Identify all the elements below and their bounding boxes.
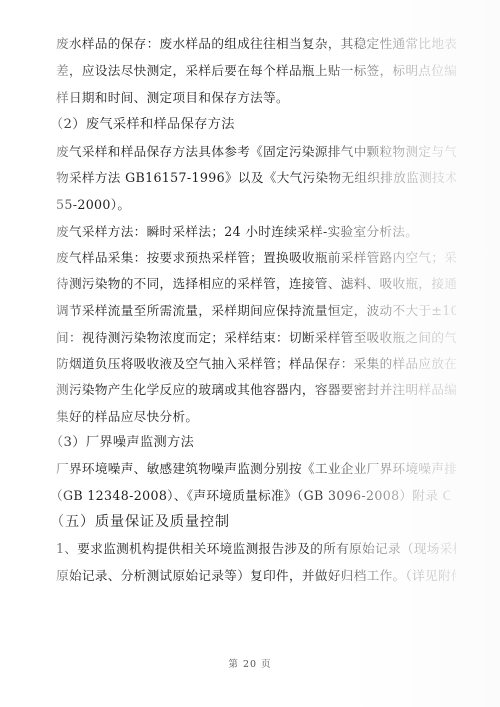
paragraph-line: 防烟道负压将吸收液及空气抽入采样管；样品保存：采集的样品应放在不与被 — [56, 354, 456, 374]
paragraph-line: 集好的样品应尽快分析。 — [56, 407, 456, 427]
paragraph-line: 废气采样和样品保存方法具体参考《固定污染源排气中颗粒物测定与气态污染 — [56, 142, 456, 162]
paragraph-line: 间：视待测污染物浓度而定；采样结束：切断采样管至吸收瓶之间的气路，以 — [56, 328, 456, 348]
document-page: 废水样品的保存：废水样品的组成往往相当复杂，其稳定性通常比地表水样更 差，应设法… — [0, 0, 500, 707]
section-heading-waste-gas: （2）废气采样和样品保存方法 — [50, 115, 450, 135]
paragraph-line: 废气样品采集：按要求预热采样管；置换吸收瓶前采样管路内空气；采样根据 — [56, 248, 456, 268]
paragraph-line: （GB 12348-2008）、《声环境质量标准》（GB 3096-2008）附… — [50, 486, 450, 506]
paragraph-line: 物采样方法 GB16157-1996》以及《大气污染物无组织排放监测技术导则》（… — [56, 168, 456, 188]
paragraph-line: 1、要求监测机构提供相关环境监测报告涉及的所有原始记录（现场采样、监测 — [56, 539, 456, 559]
paragraph-line: 原始记录、分析测试原始记录等）复印件，并做好归档工作。（详见附件） — [56, 566, 456, 586]
page-number: 第 20 页 — [0, 656, 500, 670]
paragraph-line: 样日期和时间、测定项目和保存方法等。 — [56, 88, 456, 108]
paragraph-line: 废水样品的保存：废水样品的组成往往相当复杂，其稳定性通常比地表水样更 — [56, 34, 456, 54]
section-heading-noise: （3）厂界噪声监测方法 — [50, 433, 450, 453]
paragraph-line: 调节采样流量至所需流量，采样期间应保持流量恒定，波动不大于±10%。采样时 — [56, 301, 456, 321]
paragraph-line: 差，应设法尽快测定，采样后要在每个样品瓶上贴一标签，标明点位编号、采 — [56, 61, 456, 81]
paragraph-line: 厂界环境噪声、敏感建筑物噪声监测分别按《工业企业厂界环境噪声排放标准》 — [56, 459, 456, 479]
paragraph-line: 55-2000）。 — [56, 195, 456, 215]
paragraph-line: 待测污染物的不同，选择相应的采样管，连接管、滤料、吸收瓶，接通采样管路， — [56, 274, 456, 294]
section-heading-quality-assurance: （五）质量保证及质量控制 — [50, 512, 450, 532]
paragraph-line: 废气采样方法：瞬时采样法；24 小时连续采样-实验室分析法。 — [56, 222, 456, 242]
paragraph-line: 测污染物产生化学反应的玻璃或其他容器内，容器要密封并注明样品编号。采 — [56, 380, 456, 400]
